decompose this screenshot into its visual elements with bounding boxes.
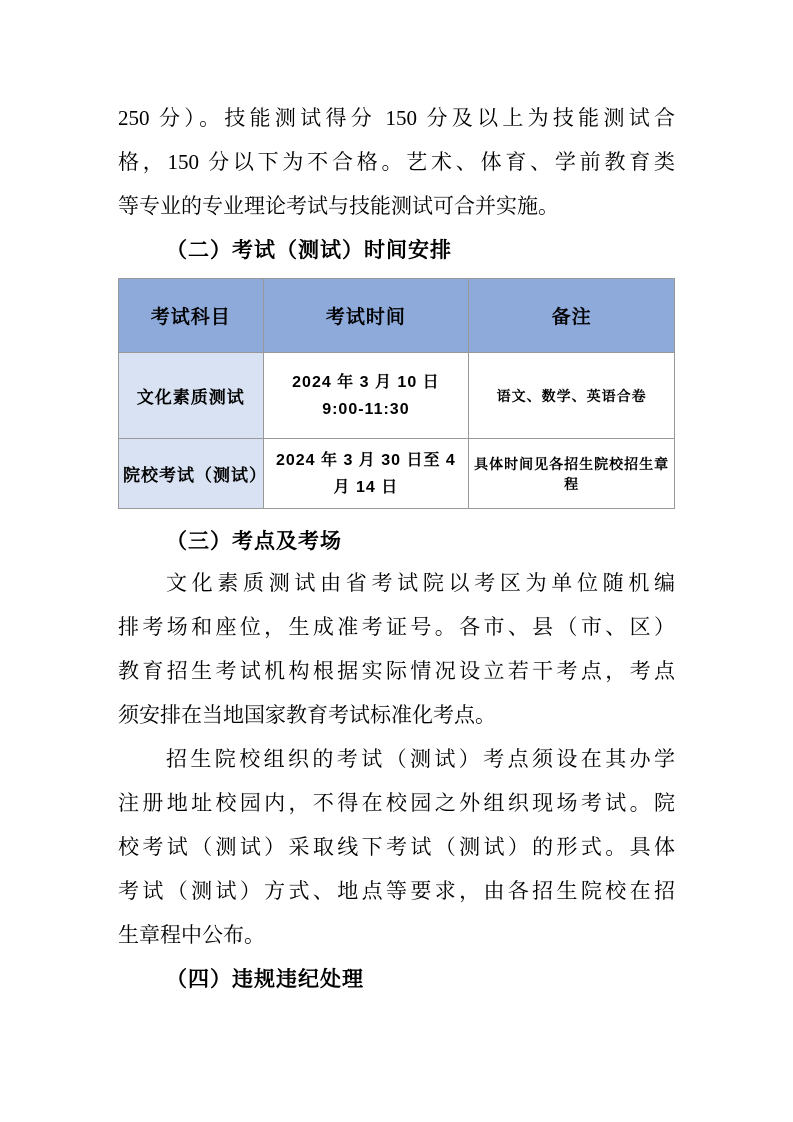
paragraph-2: 文化素质测试由省考试院以考区为单位随机编 排考场和座位，生成准考证号。各市、县（…: [118, 561, 675, 737]
text-line: 250 分）。技能测试得分 150 分及以上为技能测试合: [118, 96, 675, 140]
text-line: 格，150 分以下为不合格。艺术、体育、学前教育类: [118, 140, 675, 184]
section-heading-iii: （三）考点及考场: [118, 525, 675, 559]
text-line: 注册地址校园内，不得在校园之外组织现场考试。院: [118, 781, 675, 825]
cell-time: 2024 年 3 月 10 日 9:00-11:30: [263, 353, 469, 439]
table-row: 文化素质测试 2024 年 3 月 10 日 9:00-11:30 语文、数学、…: [119, 353, 675, 439]
cell-note: 具体时间见各招生院校招生章程: [469, 439, 675, 509]
paragraph-3: 招生院校组织的考试（测试）考点须设在其办学 注册地址校园内，不得在校园之外组织现…: [118, 737, 675, 957]
header-cell-exam-subject: 考试科目: [119, 279, 264, 353]
header-cell-exam-time: 考试时间: [263, 279, 469, 353]
exam-schedule-table: 考试科目 考试时间 备注 文化素质测试 2024 年 3 月 10 日 9:00…: [118, 278, 675, 509]
text-line: 考试（测试）方式、地点等要求，由各招生院校在招: [118, 869, 675, 913]
cell-note: 语文、数学、英语合卷: [469, 353, 675, 439]
text-line: 教育招生考试机构根据实际情况设立若干考点，考点: [118, 649, 675, 693]
document-page: 250 分）。技能测试得分 150 分及以上为技能测试合 格，150 分以下为不…: [0, 0, 793, 1122]
header-cell-remarks: 备注: [469, 279, 675, 353]
time-hours: 9:00-11:30: [268, 396, 465, 423]
paragraph-1: 250 分）。技能测试得分 150 分及以上为技能测试合 格，150 分以下为不…: [118, 96, 675, 228]
text-line: 校考试（测试）采取线下考试（测试）的形式。具体: [118, 825, 675, 869]
text-line: 生章程中公布。: [118, 913, 675, 957]
section-heading-iv: （四）违规违纪处理: [118, 963, 675, 997]
section-heading-ii: （二）考试（测试）时间安排: [118, 234, 675, 268]
cell-subject: 院校考试（测试）: [119, 439, 264, 509]
cell-time: 2024 年 3 月 30 日至 4 月 14 日: [263, 439, 469, 509]
time-date: 2024 年 3 月 30 日至 4 月 14 日: [268, 447, 465, 501]
text-line: 招生院校组织的考试（测试）考点须设在其办学: [118, 737, 675, 781]
table-header-row: 考试科目 考试时间 备注: [119, 279, 675, 353]
text-line: 排考场和座位，生成准考证号。各市、县（市、区）: [118, 605, 675, 649]
text-line: 须安排在当地国家教育考试标准化考点。: [118, 693, 675, 737]
text-line: 等专业的专业理论考试与技能测试可合并实施。: [118, 184, 675, 228]
time-date: 2024 年 3 月 10 日: [268, 369, 465, 396]
table-row: 院校考试（测试） 2024 年 3 月 30 日至 4 月 14 日 具体时间见…: [119, 439, 675, 509]
cell-subject: 文化素质测试: [119, 353, 264, 439]
text-line: 文化素质测试由省考试院以考区为单位随机编: [118, 561, 675, 605]
